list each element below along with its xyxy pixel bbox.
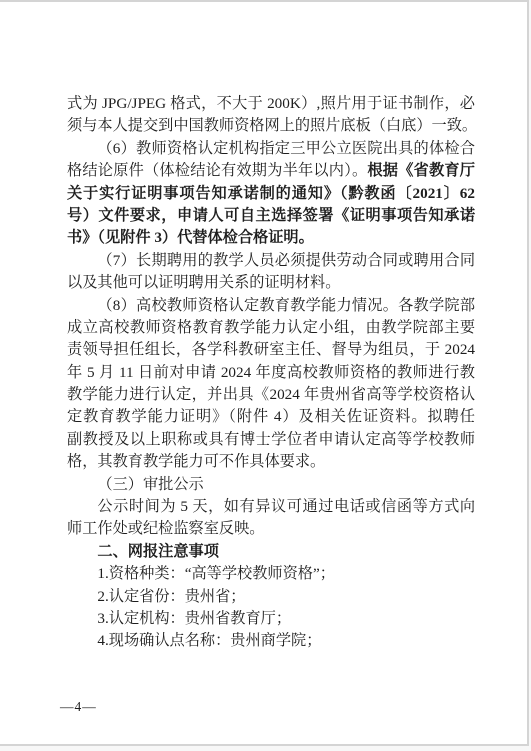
text-block: 式为 JPG/JPEG 格式，不大于 200K）,照片用于证书制作，必须与本人提… — [67, 93, 475, 653]
text-line: 副教授及以上职称或具有博士学位者申请认定高等学校教师资 — [67, 429, 475, 451]
text-run: 1.资格种类：“高等学校教师资格”； — [97, 565, 335, 582]
text-line: 1.资格种类：“高等学校教师资格”； — [67, 563, 475, 585]
bold-text-run: 关于实行证明事项告知承诺制的通知》（黔教函〔2021〕62 — [67, 185, 475, 202]
text-line: 以及其他可以证明聘用关系的证明材料。 — [67, 272, 475, 294]
text-run: 格结论原件（体检结论有效期为半年以内）。 — [67, 162, 367, 179]
bold-text-run: 书》（见附件 3）代替体检合格证明。 — [67, 229, 314, 246]
text-run: （6）教师资格认定机构指定三甲公立医院出具的体检合 — [97, 140, 475, 157]
text-line: 关于实行证明事项告知承诺制的通知》（黔教函〔2021〕62 — [67, 183, 475, 205]
text-run: （三）审批公示 — [97, 476, 203, 493]
text-run: 4.现场确认点名称：贵州商学院； — [97, 632, 321, 649]
text-line: （6）教师资格认定机构指定三甲公立医院出具的体检合 — [67, 138, 475, 160]
text-line: 4.现场确认点名称：贵州商学院； — [67, 630, 475, 652]
text-run: 年 5 月 11 日前对申请 2024 年度高校教师资格的教师进行教育 — [67, 364, 475, 384]
document-page: 式为 JPG/JPEG 格式，不大于 200K）,照片用于证书制作，必须与本人提… — [0, 0, 529, 746]
text-line: 二、网报注意事项 — [67, 541, 475, 563]
text-line: 教学能力进行认定，并出具《2024 年贵州省高等学校资格认 — [67, 384, 475, 406]
text-run: （8）高校教师资格认定教育教学能力情况。各教学院部 — [97, 297, 475, 314]
text-run: 师工作处或纪检监察室反映。 — [67, 520, 264, 537]
text-line: 师工作处或纪检监察室反映。 — [67, 518, 475, 540]
text-line: 式为 JPG/JPEG 格式，不大于 200K）,照片用于证书制作，必 — [67, 93, 475, 115]
bold-text-run: 根据《省教育厅 — [367, 162, 475, 179]
text-run: 3.认定机构：贵州省教育厅； — [97, 610, 291, 627]
text-line: （7）长期聘用的教学人员必须提供劳动合同或聘用合同 — [67, 250, 475, 272]
bold-text-run: 号）文件要求，申请人可自主选择签署《证明事项告知承诺 — [67, 207, 475, 224]
text-line: 3.认定机构：贵州省教育厅； — [67, 608, 475, 630]
text-run: 2.认定省份：贵州省； — [97, 588, 245, 605]
text-line: 年 5 月 11 日前对申请 2024 年度高校教师资格的教师进行教育 — [67, 362, 475, 384]
text-line: 责领导担任组长，各学科教研室主任、督导为组员，于 2024 — [67, 339, 475, 361]
text-run: 成立高校教师资格教育教学能力认定小组，由教学院部主要负 — [67, 319, 475, 339]
text-line: 定教育教学能力证明》（附件 4）及相关佐证资料。拟聘任 — [67, 406, 475, 428]
text-run: 教学能力进行认定，并出具《2024 年贵州省高等学校资格认 — [67, 386, 475, 403]
text-line: 须与本人提交到中国教师资格网上的照片底板（白底）一致。 — [67, 115, 475, 137]
text-run: 须与本人提交到中国教师资格网上的照片底板（白底）一致。 — [67, 117, 477, 134]
text-run: 格，其教育教学能力可不作具体要求。 — [67, 453, 325, 470]
text-run: 责领导担任组长，各学科教研室主任、督导为组员，于 2024 — [67, 341, 475, 358]
text-line: 格，其教育教学能力可不作具体要求。 — [67, 451, 475, 473]
text-run: 公示时间为 5 天，如有异议可通过电话或信函等方式向教 — [67, 498, 475, 518]
text-line: （三）审批公示 — [67, 474, 475, 496]
text-run: 定教育教学能力证明》（附件 4）及相关佐证资料。拟聘任 — [67, 408, 475, 425]
text-run: 式为 JPG/JPEG 格式，不大于 200K）,照片用于证书制作，必 — [67, 95, 475, 112]
text-run: 以及其他可以证明聘用关系的证明材料。 — [67, 274, 340, 291]
text-line: 号）文件要求，申请人可自主选择签署《证明事项告知承诺 — [67, 205, 475, 227]
text-run: （7）长期聘用的教学人员必须提供劳动合同或聘用合同 — [97, 252, 475, 269]
text-line: 书》（见附件 3）代替体检合格证明。 — [67, 227, 475, 249]
text-line: 格结论原件（体检结论有效期为半年以内）。根据《省教育厅 — [67, 160, 475, 182]
text-line: 成立高校教师资格教育教学能力认定小组，由教学院部主要负 — [67, 317, 475, 339]
text-line: 公示时间为 5 天，如有异议可通过电话或信函等方式向教 — [67, 496, 475, 518]
text-line: （8）高校教师资格认定教育教学能力情况。各教学院部 — [67, 295, 475, 317]
text-line: 2.认定省份：贵州省； — [67, 586, 475, 608]
page-number: —4— — [60, 699, 97, 715]
bold-text-run: 二、网报注意事项 — [97, 543, 219, 560]
text-run: 副教授及以上职称或具有博士学位者申请认定高等学校教师资 — [67, 431, 475, 451]
